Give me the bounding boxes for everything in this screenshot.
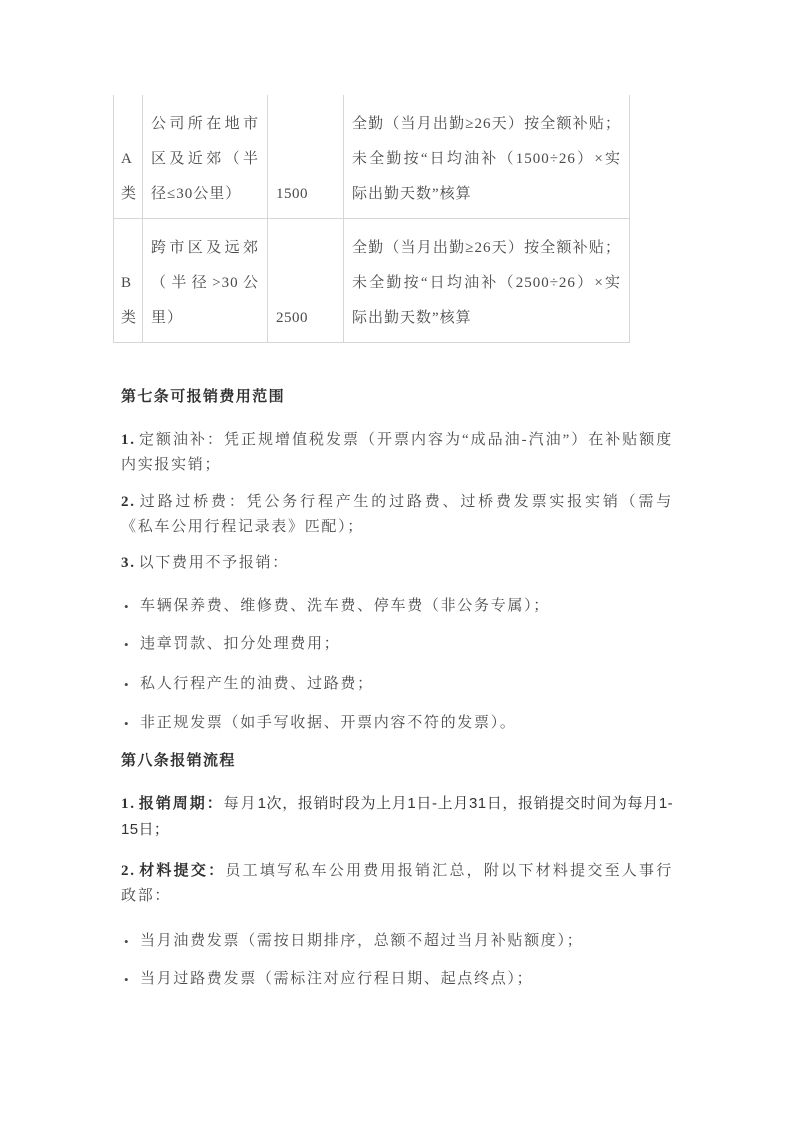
- bullet-icon: •: [124, 967, 140, 992]
- article7-item-3: 3.以下费用不予报销：: [121, 551, 673, 576]
- item-label: 材料提交：: [139, 863, 226, 879]
- document-page: A类 公司所在地市区及近郊（半径≤30公里） 1500 全勤（当月出勤≥26天）…: [0, 0, 793, 1122]
- rule-cell: 全勤（当月出勤≥26天）按全额补贴；未全勤按“日均油补（2500÷26）×实际出…: [344, 218, 630, 342]
- area-cell: 跨市区及远郊（半径>30公里）: [143, 218, 268, 342]
- table-row-b: B类 跨市区及远郊（半径>30公里） 2500 全勤（当月出勤≥26天）按全额补…: [114, 218, 630, 342]
- table-row-a: A类 公司所在地市区及近郊（半径≤30公里） 1500 全勤（当月出勤≥26天）…: [114, 95, 630, 218]
- rule-cell: 全勤（当月出勤≥26天）按全额补贴；未全勤按“日均油补（1500÷26）×实际出…: [344, 95, 630, 218]
- article8-item-1: 1.报销周期：每月1次，报销时段为上月1日-上月31日，报销提交时间为每月1-1…: [121, 791, 673, 843]
- subsidy-tier-table: A类 公司所在地市区及近郊（半径≤30公里） 1500 全勤（当月出勤≥26天）…: [113, 95, 630, 343]
- article8-bullet-1: •当月油费发票（需按日期排序，总额不超过当月补贴额度）；: [121, 929, 673, 954]
- bullet-icon: •: [124, 711, 140, 736]
- bullet-text: 私人行程产生的油费、过路费；: [140, 672, 673, 697]
- item-number: 2.: [121, 494, 136, 510]
- item-number: 2.: [121, 863, 136, 879]
- article8-bullet-2: •当月过路费发票（需标注对应行程日期、起点终点）；: [121, 967, 673, 992]
- article8-item-2: 2.材料提交：员工填写私车公用费用报销汇总，附以下材料提交至人事行政部：: [121, 859, 673, 909]
- article7-bullet-3: •私人行程产生的油费、过路费；: [121, 672, 673, 697]
- bullet-text: 车辆保养费、维修费、洗车费、停车费（非公务专属）；: [140, 594, 673, 619]
- item-number: 1.: [121, 796, 136, 812]
- bullet-icon: •: [124, 929, 140, 954]
- bullet-text: 违章罚款、扣分处理费用；: [140, 632, 673, 657]
- item-text: 以下费用不予报销：: [139, 555, 289, 571]
- bullet-icon: •: [124, 672, 140, 697]
- bullet-text: 非正规发票（如手写收据、开票内容不符的发票）。: [140, 711, 673, 736]
- category-cell: A类: [114, 95, 143, 218]
- article7-item-1: 1.定额油补：凭正规增值税发票（开票内容为“成品油-汽油”）在补贴额度内实报实销…: [121, 428, 673, 478]
- item-text: 定额油补：凭正规增值税发票（开票内容为“成品油-汽油”）在补贴额度内实报实销；: [121, 432, 673, 473]
- amount-cell: 2500: [268, 218, 344, 342]
- item-number: 1.: [121, 432, 136, 448]
- amount-cell: 1500: [268, 95, 344, 218]
- bullet-icon: •: [124, 632, 140, 657]
- category-cell: B类: [114, 218, 143, 342]
- item-lead-text: 每月: [224, 796, 258, 812]
- bullet-text: 当月油费发票（需按日期排序，总额不超过当月补贴额度）；: [140, 929, 673, 954]
- article7-bullet-2: •违章罚款、扣分处理费用；: [121, 632, 673, 657]
- article7-heading: 第七条可报销费用范围: [121, 385, 673, 410]
- article7-bullet-4: •非正规发票（如手写收据、开票内容不符的发票）。: [121, 711, 673, 736]
- bullet-text: 当月过路费发票（需标注对应行程日期、起点终点）；: [140, 967, 673, 992]
- article7-item-2: 2.过路过桥费：凭公务行程产生的过路费、过桥费发票实报实销（需与《私车公用行程记…: [121, 490, 673, 540]
- article8-heading: 第八条报销流程: [121, 749, 673, 774]
- article7-bullet-1: •车辆保养费、维修费、洗车费、停车费（非公务专属）；: [121, 594, 673, 619]
- bullet-icon: •: [124, 594, 140, 619]
- item-number: 3.: [121, 555, 136, 571]
- item-label: 报销周期：: [139, 796, 224, 812]
- item-text: 过路过桥费：凭公务行程产生的过路费、过桥费发票实报实销（需与《私车公用行程记录表…: [121, 494, 673, 535]
- area-cell: 公司所在地市区及近郊（半径≤30公里）: [143, 95, 268, 218]
